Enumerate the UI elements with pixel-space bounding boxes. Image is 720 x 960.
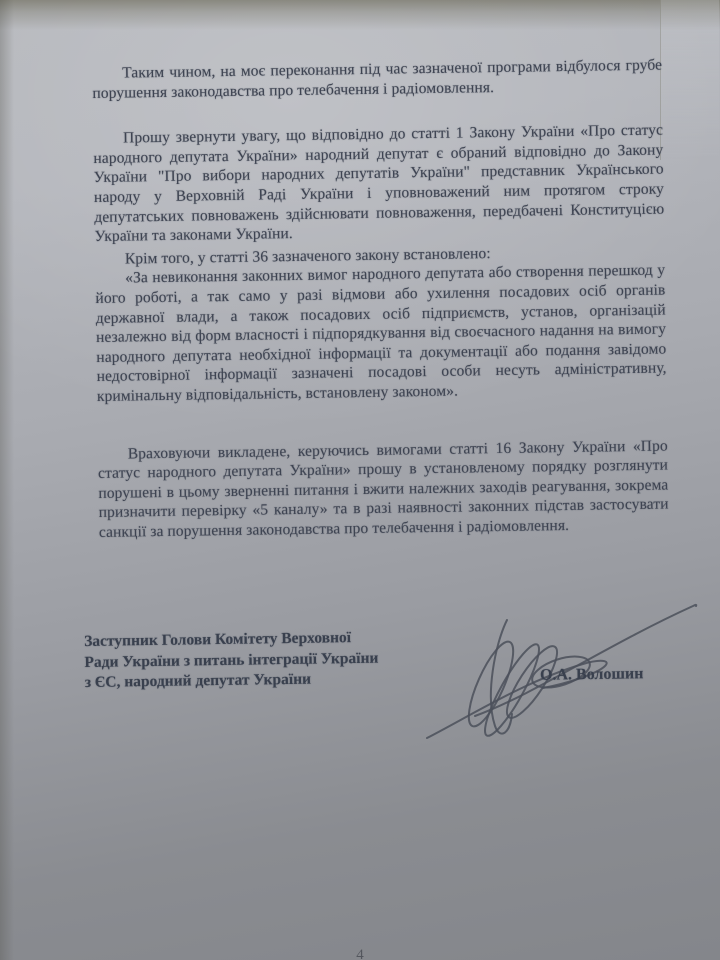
paragraph-article-36-quote: «За невиконання законних вимог народного… xyxy=(95,261,667,407)
paper-edge-seam xyxy=(660,0,719,160)
signer-name: О.А. Волошин xyxy=(540,665,644,685)
photo-top-shadow xyxy=(0,0,720,30)
letter-body: Таким чином, на моє переконання під час … xyxy=(92,56,669,543)
photographed-letter-page: Таким чином, на моє переконання під час … xyxy=(0,0,720,960)
page-number: 4 xyxy=(0,947,720,960)
paragraph-law-article-1: Прошу звернути увагу, що відповідно до с… xyxy=(93,121,665,247)
signoff-title-block: Заступник Голови Комітету Верховної Ради… xyxy=(84,626,465,693)
paragraph-request: Враховуючи викладене, керуючись вимогами… xyxy=(98,436,669,542)
signoff-title-line-3: з ЄС, народний депутат України xyxy=(85,667,465,693)
paragraph-conclusion: Таким чином, на моє переконання під час … xyxy=(92,56,663,104)
photo-left-shadow xyxy=(0,0,14,960)
